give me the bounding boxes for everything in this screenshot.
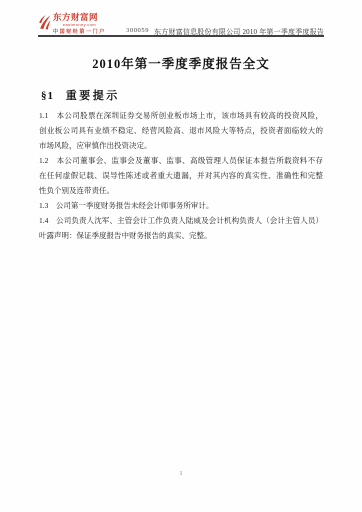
- paragraph-1-1-line: 市场风险，应审慎作出投资决定。: [39, 138, 323, 153]
- section-title: 重要提示: [66, 90, 120, 102]
- paragraph-1-1-line: 1.1 本公司股票在深圳证券交易所创业板市场上市，该市场具有较高的投资风险，: [39, 108, 323, 123]
- paragraph-1-2-line: 性负个别及连带责任。: [39, 183, 323, 198]
- page-number: 1: [0, 470, 362, 477]
- document-page: 东方财富网 eastmoney.com 中国财经第一门户 300059 东方财富…: [0, 0, 362, 512]
- logo-swoosh-icon: [38, 14, 51, 35]
- eastmoney-logo: 东方财富网 eastmoney.com 中国财经第一门户: [38, 13, 106, 35]
- paragraph-1-4-line: 1.4 公司负责人沈军、主管会计工作负责人陆威及会计机构负责人（会计主管人员）: [39, 213, 323, 228]
- section-heading: §1 重要提示: [41, 87, 120, 103]
- paragraph-1-2-line: 1.2 本公司董事会、监事会及董事、监事、高级管理人员保证本报告所载资料不存: [39, 153, 323, 168]
- stock-code: 300059: [126, 27, 149, 34]
- paragraph-1-4-line: 叶露声明：保证季度报告中财务报告的真实、完整。: [39, 228, 323, 243]
- paragraph-1-2-line: 在任何虚假记载、误导性陈述或者重大遗漏，并对其内容的真实性、准确性和完整: [39, 168, 323, 183]
- section-marker: §1: [41, 90, 54, 102]
- header-divider: [38, 35, 324, 37]
- logo-name: 东方财富网: [53, 13, 106, 22]
- body-text: 1.1 本公司股票在深圳证券交易所创业板市场上市，该市场具有较高的投资风险， 创…: [39, 108, 323, 243]
- document-title: 2010年第一季度季度报告全文: [0, 54, 362, 72]
- logo-domain: eastmoney.com: [53, 22, 106, 27]
- paragraph-1-1-line: 创业板公司具有业绩不稳定、经营风险高、退市风险大等特点，投资者面临较大的: [39, 123, 323, 138]
- logo-text-block: 东方财富网 eastmoney.com 中国财经第一门户: [53, 13, 106, 35]
- paragraph-1-3-line: 1.3 公司第一季度财务报告未经会计师事务所审计。: [39, 198, 323, 213]
